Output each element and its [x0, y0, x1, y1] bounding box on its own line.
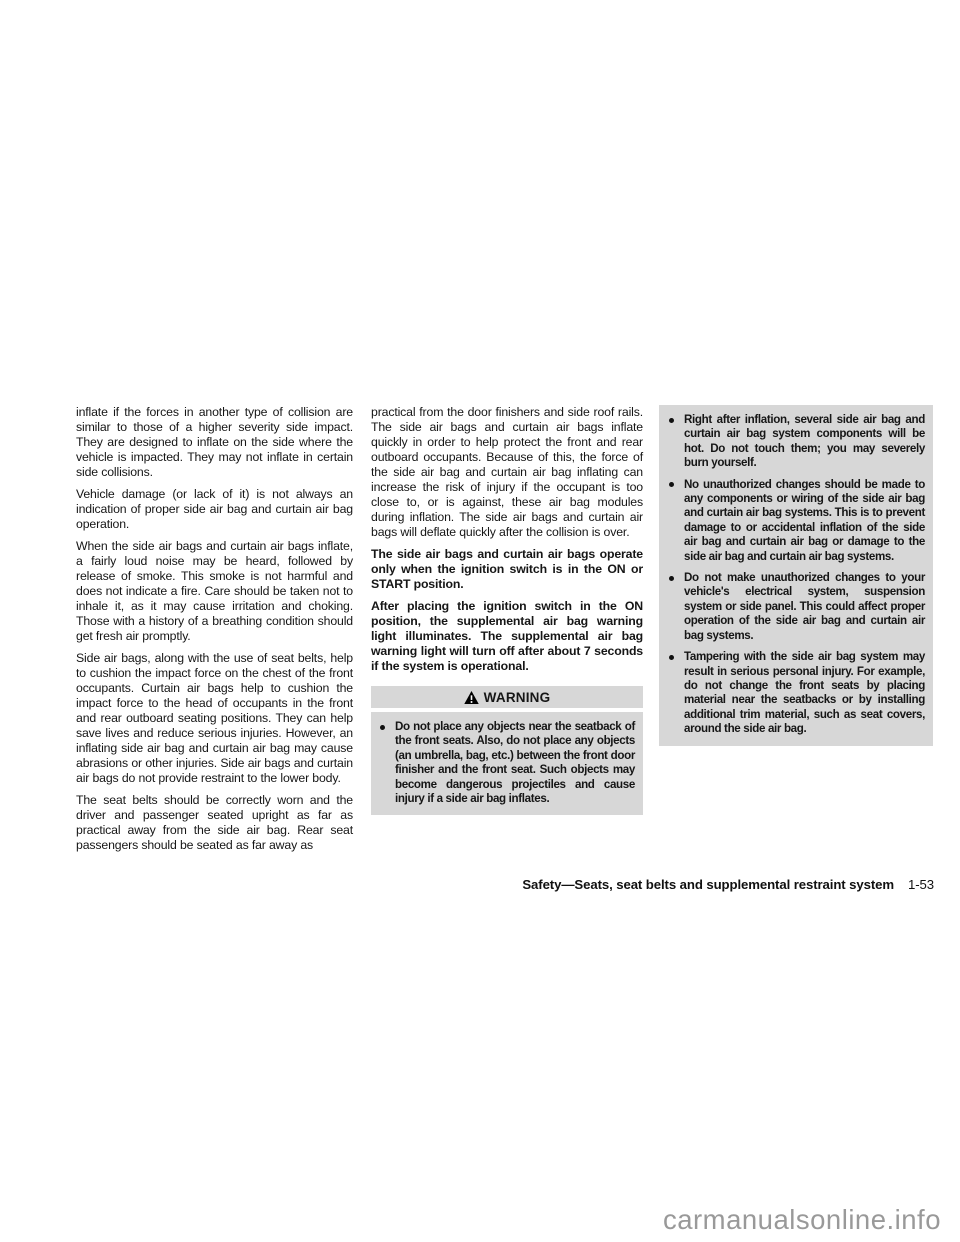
- warning-title: WARNING: [484, 690, 551, 705]
- body-paragraph: The seat belts should be correctly worn …: [76, 793, 353, 853]
- warning-bullet-text: Do not make unauthorized changes to your…: [684, 571, 925, 643]
- warning-bullet-text: Do not place any objects near the seatba…: [395, 720, 635, 806]
- body-paragraph: Side air bags, along with the use of sea…: [76, 651, 353, 786]
- column-middle: practical from the door finishers and si…: [371, 405, 643, 815]
- warning-triangle-icon: [464, 691, 479, 704]
- body-paragraph: practical from the door finishers and si…: [371, 405, 643, 540]
- warning-bullet-item: Right after inflation, several side air …: [668, 413, 925, 471]
- warning-bullet-text: No unauthorized changes should be made t…: [684, 478, 925, 564]
- column-left: inflate if the forces in another type of…: [76, 405, 353, 860]
- warning-box-body: Do not place any objects near the seatba…: [371, 712, 643, 815]
- warning-bullet-item: Tampering with the side air bag system m…: [668, 650, 925, 736]
- page-footer: Safety—Seats, seat belts and supplementa…: [0, 877, 934, 892]
- bold-paragraph: The side air bags and curtain air bags o…: [371, 547, 643, 592]
- watermark: carmanualsonline.info: [663, 1204, 941, 1236]
- warning-bullet-text: Right after inflation, several side air …: [684, 413, 925, 471]
- body-paragraph: Vehicle damage (or lack of it) is not al…: [76, 487, 353, 532]
- body-paragraph: inflate if the forces in another type of…: [76, 405, 353, 480]
- warning-bullet-item: Do not place any objects near the seatba…: [379, 720, 635, 806]
- bullet-icon: [668, 571, 684, 643]
- bullet-icon: [668, 413, 684, 471]
- body-paragraph: When the side air bags and curtain air b…: [76, 539, 353, 644]
- column-right-warning-panel: Right after inflation, several side air …: [659, 405, 933, 746]
- manual-page: inflate if the forces in another type of…: [0, 0, 960, 1242]
- warning-bullet-item: Do not make unauthorized changes to your…: [668, 571, 925, 643]
- warning-box: WARNING Do not place any objects near th…: [371, 686, 643, 815]
- bold-paragraph: After placing the ignition switch in the…: [371, 599, 643, 674]
- footer-page-number: 1-53: [908, 877, 934, 892]
- warning-bullet-text: Tampering with the side air bag system m…: [684, 650, 925, 736]
- bullet-icon: [668, 478, 684, 564]
- bullet-icon: [668, 650, 684, 736]
- warning-box-header: WARNING: [371, 686, 643, 708]
- footer-section-title: Safety—Seats, seat belts and supplementa…: [522, 877, 894, 892]
- bullet-icon: [379, 720, 395, 806]
- warning-bullet-item: No unauthorized changes should be made t…: [668, 478, 925, 564]
